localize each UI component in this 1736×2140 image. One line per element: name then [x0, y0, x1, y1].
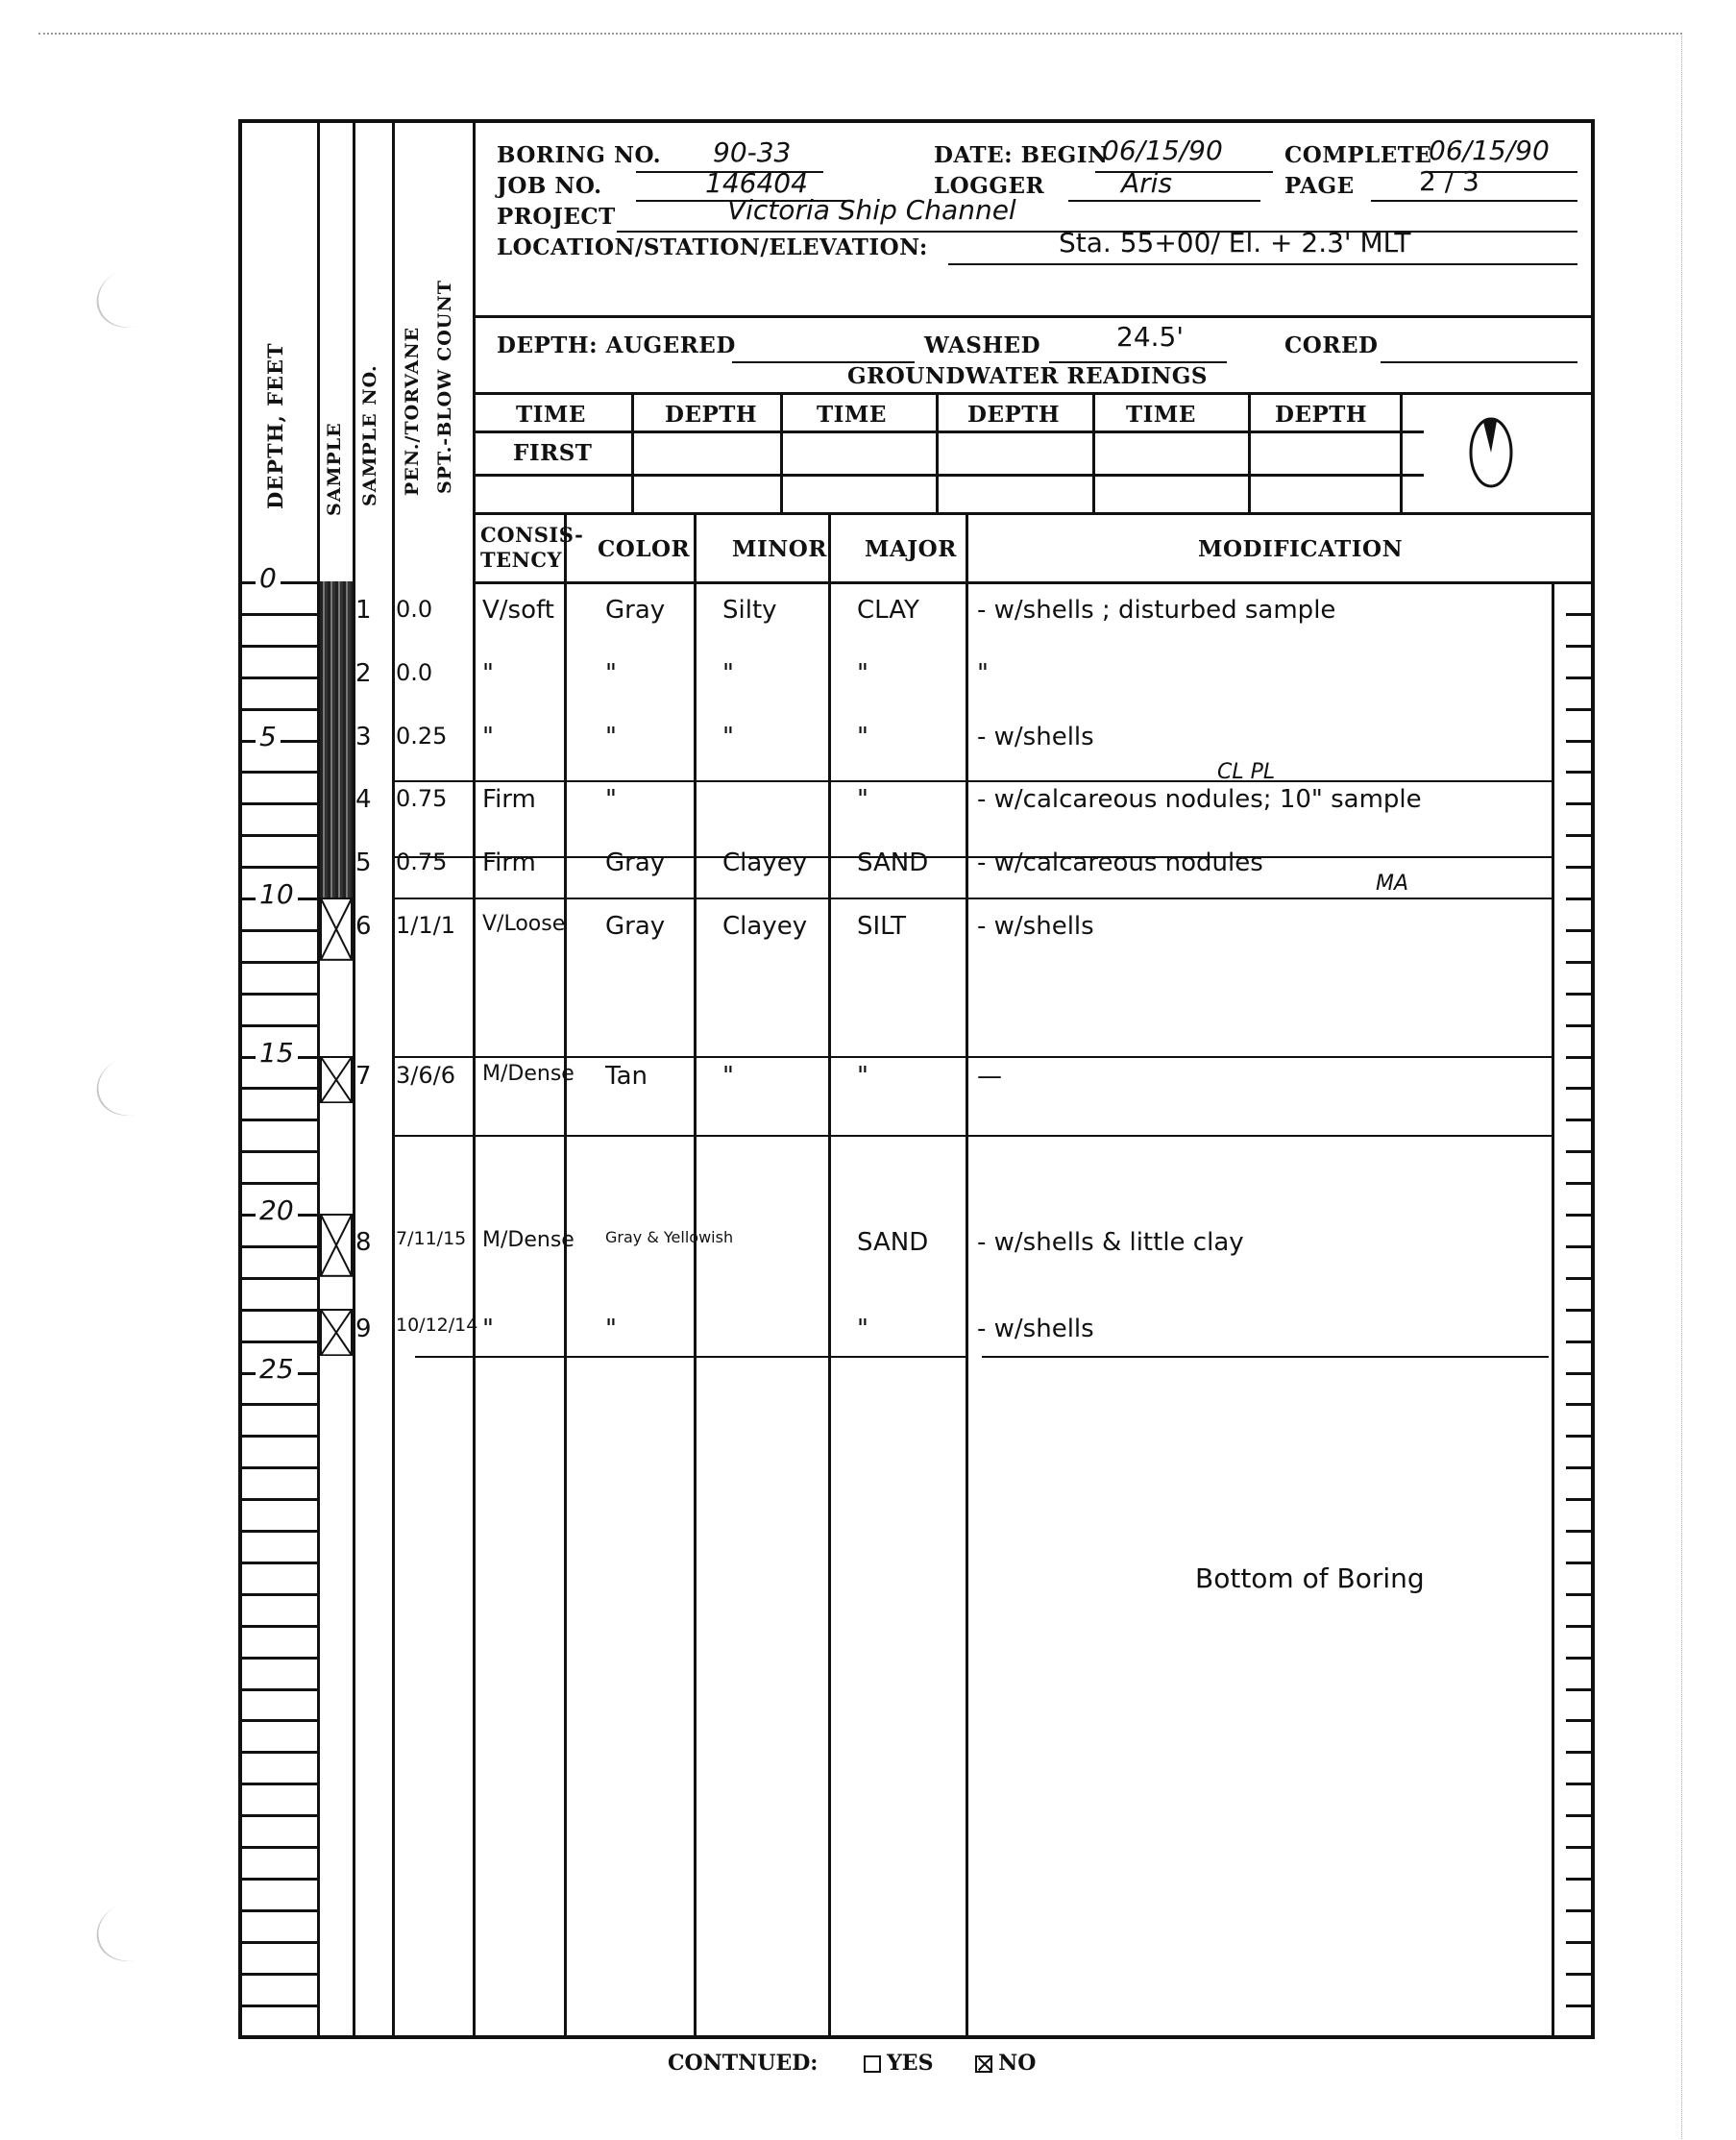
- cell-pen-blow-count: 0.0: [396, 596, 432, 623]
- cell-color: ": [605, 785, 617, 814]
- location-label: LOCATION/STATION/ELEVATION:: [497, 234, 928, 260]
- color-header: COLOR: [598, 536, 690, 562]
- depth-tick-label: 25: [256, 1353, 298, 1385]
- cell-consistency: V/soft: [482, 596, 554, 625]
- gw-col-time-3: TIME: [1126, 402, 1196, 428]
- cell-minor: Clayey: [722, 849, 807, 877]
- cell-consistency: ": [482, 1315, 494, 1343]
- cell-sample-no: 9: [355, 1315, 372, 1343]
- cell-color: Gray: [605, 849, 665, 877]
- cell-consistency: Firm: [482, 849, 536, 877]
- date-begin-label: DATE: BEGIN: [934, 142, 1109, 168]
- date-begin-value: 06/15/90: [1102, 135, 1223, 166]
- cell-pen-blow-count: 10/12/14: [396, 1315, 477, 1336]
- cell-consistency: V/Loose: [482, 912, 565, 936]
- cell-major: CLAY: [857, 596, 919, 625]
- cell-color: Tan: [605, 1062, 648, 1091]
- cell-major: SILT: [857, 912, 906, 941]
- split-spoon-sample-icon: [320, 1056, 353, 1103]
- cell-modification: - w/shells ; disturbed sample: [977, 596, 1335, 625]
- sample-no-header: SAMPLE NO.: [359, 286, 380, 584]
- cell-pen-blow-count: 0.75: [396, 785, 447, 812]
- cell-color: ": [605, 723, 617, 751]
- cell-sample-no: 5: [355, 849, 372, 877]
- cored-label: CORED: [1284, 332, 1378, 358]
- boring-no-label: BORING NO.: [497, 142, 661, 168]
- depth-tick-label: 10: [256, 878, 298, 910]
- depth-feet-header: DEPTH, FEET: [263, 267, 287, 584]
- cell-minor: ": [722, 723, 734, 751]
- cell-consistency: M/Dense: [482, 1062, 575, 1086]
- gw-col-time-1: TIME: [516, 402, 586, 428]
- depth-tick-label: 20: [256, 1194, 298, 1226]
- cell-sample-no: 1: [355, 596, 372, 625]
- no-checkbox[interactable]: [975, 2055, 992, 2073]
- cell-consistency: M/Dense: [482, 1228, 575, 1252]
- split-spoon-sample-icon: [320, 1309, 353, 1356]
- project-label: PROJECT: [497, 204, 616, 230]
- washed-value: 24.5': [1116, 321, 1184, 353]
- clock-icon: [1462, 409, 1520, 496]
- cell-modification: ": [977, 659, 989, 688]
- page-value: 2 / 3: [1419, 165, 1479, 197]
- cell-pen-blow-count: 7/11/15: [396, 1228, 466, 1249]
- logger-value: Aris: [1121, 167, 1172, 199]
- cell-color: Gray: [605, 912, 665, 941]
- gw-col-depth-3: DEPTH: [1275, 402, 1367, 428]
- cell-color: ": [605, 1315, 617, 1343]
- pen-torvane-header: PEN./TORVANE: [402, 248, 423, 575]
- cell-modification: - w/shells & little clay: [977, 1228, 1244, 1257]
- continued-row: CONTNUED: YES NO: [668, 2051, 1036, 2076]
- shelby-tube-sample-bar: [320, 581, 353, 898]
- split-spoon-sample-icon: [320, 898, 353, 961]
- depth-tick-label: 5: [256, 721, 281, 752]
- cell-minor: Clayey: [722, 912, 807, 941]
- modification-header: MODIFICATION: [1198, 536, 1403, 562]
- cell-modification: - w/shells: [977, 1315, 1094, 1343]
- page-label: PAGE: [1284, 173, 1355, 199]
- job-no-label: JOB NO.: [497, 173, 602, 199]
- cell-sample-no: 4: [355, 785, 372, 814]
- cell-color: ": [605, 659, 617, 688]
- continued-yes-option[interactable]: YES: [864, 2051, 933, 2076]
- bottom-of-boring-note: Bottom of Boring: [1195, 1562, 1425, 1594]
- cell-minor: ": [722, 1062, 734, 1091]
- cell-sample-no: 2: [355, 659, 372, 688]
- cell-consistency: Firm: [482, 785, 536, 814]
- gw-first-label: FIRST: [513, 440, 592, 466]
- cell-pen-blow-count: 0.0: [396, 659, 432, 686]
- cell-consistency: ": [482, 723, 494, 751]
- cell-major: SAND: [857, 1228, 928, 1257]
- cell-modification: —: [977, 1062, 1002, 1091]
- cell-major: ": [857, 785, 868, 814]
- cell-consistency: ": [482, 659, 494, 688]
- cell-modification: - w/shells: [977, 912, 1094, 941]
- augered-label: DEPTH: AUGERED: [497, 332, 736, 358]
- continued-no-option[interactable]: NO: [975, 2051, 1036, 2076]
- project-value: Victoria Ship Channel: [727, 194, 1016, 226]
- cell-major: ": [857, 1315, 868, 1343]
- sample-header: SAMPLE: [324, 354, 345, 584]
- cell-sample-no: 7: [355, 1062, 372, 1091]
- cell-sample-no: 3: [355, 723, 372, 751]
- cell-annotation: CL PL: [1217, 760, 1275, 784]
- location-value: Sta. 55+00/ El. + 2.3' MLT: [1059, 227, 1411, 258]
- cell-modification: - w/calcareous nodules: [977, 849, 1263, 877]
- depth-tick-label: 0: [256, 562, 281, 594]
- cell-sample-no: 6: [355, 912, 372, 941]
- groundwater-title: GROUNDWATER READINGS: [847, 363, 1208, 389]
- date-complete-value: 06/15/90: [1429, 135, 1550, 166]
- cell-pen-blow-count: 0.25: [396, 723, 447, 750]
- cell-minor: Silty: [722, 596, 777, 625]
- depth-tick-label: 15: [256, 1037, 298, 1069]
- yes-checkbox[interactable]: [864, 2055, 881, 2073]
- minor-header: MINOR: [732, 536, 827, 562]
- cell-major: ": [857, 1062, 868, 1091]
- cell-modification: - w/calcareous nodules; 10" sample: [977, 785, 1422, 814]
- cell-annotation: MA: [1376, 872, 1408, 896]
- cell-major: SAND: [857, 849, 928, 877]
- cell-minor: ": [722, 659, 734, 688]
- split-spoon-sample-icon: [320, 1214, 353, 1277]
- cell-pen-blow-count: 0.75: [396, 849, 447, 875]
- cell-sample-no: 8: [355, 1228, 372, 1257]
- cell-color: Gray: [605, 596, 665, 625]
- major-header: MAJOR: [865, 536, 957, 562]
- complete-label: COMPLETE: [1284, 142, 1431, 168]
- cell-modification: - w/shells: [977, 723, 1094, 751]
- cell-pen-blow-count: 1/1/1: [396, 912, 455, 939]
- continued-label: CONTNUED:: [668, 2051, 818, 2076]
- boring-no-value: 90-33: [713, 136, 791, 168]
- cell-major: ": [857, 723, 868, 751]
- boring-log-form: DEPTH, FEET SAMPLE SAMPLE NO. PEN./TORVA…: [238, 119, 1595, 2039]
- gw-col-depth-2: DEPTH: [967, 402, 1060, 428]
- cell-color: Gray & Yellowish: [605, 1228, 733, 1246]
- washed-label: WASHED: [924, 332, 1040, 358]
- gw-col-time-2: TIME: [817, 402, 887, 428]
- cell-major: ": [857, 659, 868, 688]
- consistency-header: CONSIS- TENCY: [480, 523, 583, 573]
- cell-pen-blow-count: 3/6/6: [396, 1062, 455, 1089]
- gw-col-depth-1: DEPTH: [665, 402, 757, 428]
- spt-blow-count-header: SPT.-BLOW COUNT: [434, 200, 455, 575]
